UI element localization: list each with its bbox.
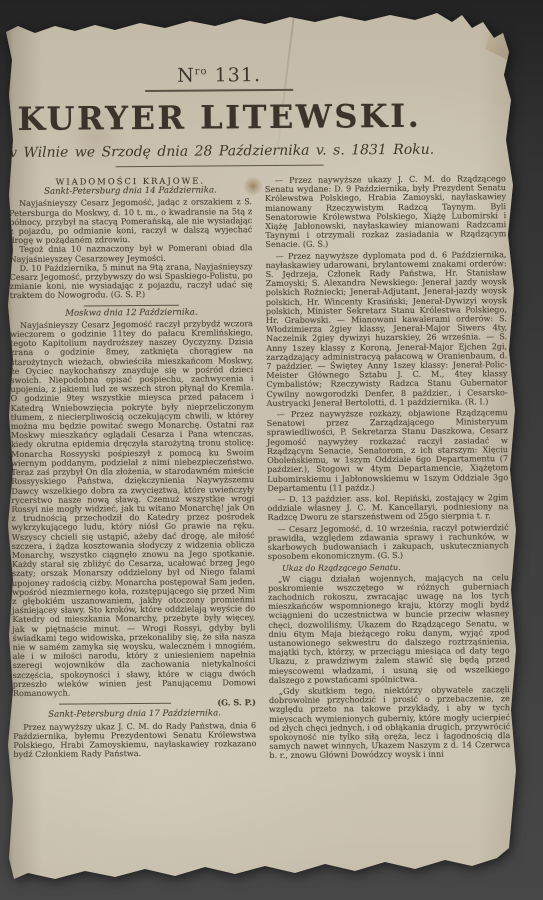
article-paragraph: — Cesarz Jegomość, d. 10 września, raczy…: [268, 523, 509, 562]
article-paragraph: „Gdy skutkiem tego, niektórzy obywatele …: [269, 685, 511, 761]
divider: [84, 304, 179, 306]
newspaper-page: Nro 131. KURYER LITEWSKI. w Wilnie we Sr…: [0, 0, 543, 900]
issue-number: Nro 131.: [0, 63, 441, 88]
divider: [145, 89, 293, 92]
article-paragraph: D. 10 Października, 5 minut na 9tą zrana…: [10, 262, 253, 301]
masthead-dateline: w Wilnie we Srzodę dnia 28 Października …: [0, 141, 442, 160]
issue-prefix: N: [177, 65, 195, 87]
source-signature: (G. S. P.): [217, 698, 256, 708]
right-column: — Przez naywyższe ukazy J. C. M. do Rząd…: [265, 174, 511, 760]
article-paragraph: — Przez naywyższe rozkazy, objawione Rzą…: [267, 408, 509, 493]
divider: [116, 164, 324, 167]
article-dateline: Sankt-Petersburg dnia 14 Października.: [9, 186, 252, 197]
masthead: Nro 131. KURYER LITEWSKI. w Wilnie we Sr…: [0, 63, 442, 168]
article-paragraph: Przez naywyższy ukaz J. C. M. do Rady Pa…: [13, 721, 256, 760]
article-paragraph: „W ciągu działań wojennych, mających na …: [268, 573, 510, 685]
article-paragraph: — Przez naywyższe ukazy J. C. M. do Rząd…: [265, 174, 507, 250]
article-dateline: Sankt-Petersburg dnia 17 Października.: [13, 710, 256, 721]
divider: [59, 703, 171, 705]
article-paragraph: — Przez naywyższe dyplomata pod d. 6 Paź…: [265, 250, 507, 408]
scan-background: Nro 131. KURYER LITEWSKI. w Wilnie we Sr…: [0, 0, 543, 900]
article-paragraph: Nayjaśnieyszy Cesarz Jegomość raczył prz…: [10, 319, 256, 698]
left-column: WIADOMOŚCI KRAJOWE. Sankt-Petersburg dni…: [9, 176, 257, 762]
issue-superscript: ro: [195, 66, 208, 77]
article-columns: WIADOMOŚCI KRAJOWE. Sankt-Petersburg dni…: [9, 174, 511, 762]
article-dateline: Moskwa dnia 12 Października.: [10, 308, 253, 319]
article-paragraph: Nayjaśnieyszy Cesarz Jegomość, jadąc z o…: [9, 198, 252, 246]
issue-value: 131.: [215, 64, 261, 86]
article-paragraph: — D. 13 paździer. ass. kol. Repiński, zo…: [267, 493, 508, 523]
newspaper-title: KURYER LITEWSKI.: [0, 96, 442, 137]
